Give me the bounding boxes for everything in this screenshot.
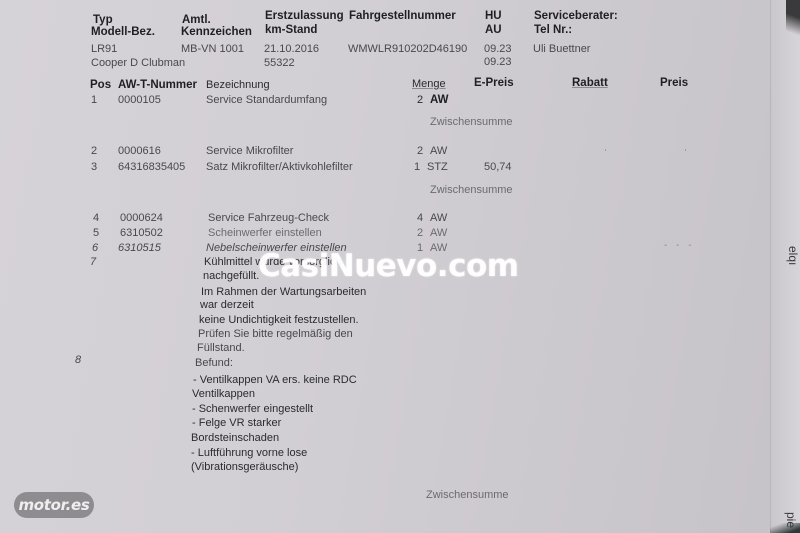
note-line: keine Undichtigkeit festzustellen.: [199, 314, 359, 327]
margin-text-2: pie: [784, 512, 798, 528]
motor-es-logo: motor.es: [14, 492, 94, 518]
value-typ: LR91: [91, 43, 117, 56]
row-epreis: 50,74: [484, 161, 512, 174]
dotted-mark: - - -: [664, 240, 695, 251]
row-bezeichnung: Satz Mikrofilter/Aktivkohlefilter: [206, 161, 353, 174]
preis-mark: ʿ: [684, 147, 687, 160]
col-bezeichnung: Bezeichnung: [206, 79, 270, 92]
row-einheit: AW: [430, 94, 449, 107]
row-nummer: 0000616: [118, 145, 161, 158]
row-nummer: 6310515: [118, 242, 161, 255]
header-telnr-label: Tel Nr.:: [534, 24, 572, 37]
header-fahrgestell-label: Fahrgestellnummer: [349, 10, 456, 23]
row-menge: 2: [417, 227, 423, 240]
row-menge: 2: [417, 94, 423, 107]
note-line: war derzeit: [200, 299, 254, 312]
value-kennzeichen: MB-VN 1001: [181, 43, 244, 56]
header-au-label: AU: [485, 24, 502, 37]
note-line: Füllstand.: [197, 342, 245, 355]
note-line: - Schenwerfer eingestellt: [192, 403, 313, 416]
note-line: Im Rahmen der Wartungsarbeiten: [201, 286, 366, 299]
col-preis: Preis: [660, 77, 688, 90]
margin-text-1: elqı: [786, 246, 800, 265]
note-line: - Ventilkappen VA ers. keine RDC: [193, 374, 357, 387]
row-pos: 5: [93, 227, 99, 240]
note-line: Prüfen Sie bitte regelmäßig den: [198, 328, 353, 341]
col-epreis: E-Preis: [474, 77, 514, 90]
row-nummer: 0000105: [118, 94, 161, 107]
row-pos: 1: [91, 94, 97, 107]
note-line: (Vibrationsgeräusche): [191, 461, 298, 474]
row-pos: 3: [91, 161, 97, 174]
row-menge: 4: [417, 212, 423, 225]
row-einheit: AW: [430, 227, 447, 240]
header-kmstand-label: km-Stand: [265, 24, 317, 37]
value-au: 09.23: [484, 56, 512, 69]
row-bezeichnung: Service Mikrofilter: [206, 145, 293, 158]
value-serviceberater: Uli Buettner: [533, 43, 590, 56]
subtotal-3: Zwischensumme: [426, 489, 509, 502]
header-modell-label: Modell-Bez.: [91, 26, 155, 39]
paper-edge: [770, 0, 800, 533]
value-fahrgestellnummer: WMWLR910202D46190: [348, 43, 467, 56]
note-line: Befund:: [195, 357, 233, 370]
header-serviceberater-label: Serviceberater:: [534, 10, 618, 23]
row-bezeichnung: Service Fahrzeug-Check: [208, 212, 329, 225]
value-kmstand: 55322: [264, 57, 295, 70]
row-bezeichnung: Service Standardumfang: [206, 94, 327, 107]
rabatt-mark: ʿ: [604, 147, 607, 160]
row-bezeichnung: Scheinwerfer einstellen: [208, 227, 322, 240]
subtotal-2: Zwischensumme: [430, 184, 513, 197]
value-erstzulassung: 21.10.2016: [264, 43, 319, 56]
header-kennzeichen-label: Kennzeichen: [181, 26, 252, 39]
col-pos: Pos: [90, 79, 111, 92]
row-nummer: 64316835405: [118, 161, 185, 174]
invoice-sheet: Typ Modell-Bez. Amtl. Kennzeichen Erstzu…: [0, 0, 800, 533]
col-awt-nummer: AW-T-Nummer: [118, 79, 197, 92]
note-line: - Felge VR starker: [192, 417, 281, 430]
note-line: Ventilkappen: [192, 388, 255, 401]
note-line: nachgefüllt.: [203, 270, 259, 283]
row-pos: 6: [92, 242, 98, 255]
background-corner: [786, 0, 800, 40]
header-hu-label: HU: [485, 10, 502, 23]
value-modell: Cooper D Clubman: [91, 57, 185, 70]
row-pos-7: 7: [90, 256, 96, 269]
row-einheit: STZ: [427, 161, 448, 174]
note-line: Bordsteinschaden: [191, 432, 279, 445]
casinuevo-watermark: CasiNuevo.com: [258, 248, 519, 284]
row-nummer: 0000624: [120, 212, 163, 225]
row-einheit: AW: [430, 212, 447, 225]
motor-es-logo-text: motor.es: [18, 496, 89, 514]
subtotal-1: Zwischensumme: [430, 116, 513, 129]
row-einheit: AW: [430, 145, 447, 158]
note-line: - Luftführung vorne lose: [191, 447, 307, 460]
row-pos-8: 8: [75, 354, 81, 367]
col-rabatt: Rabatt: [572, 77, 608, 90]
header-erstzulassung-label: Erstzulassung: [265, 10, 344, 23]
value-hu: 09.23: [484, 43, 512, 56]
col-menge: Menge: [412, 78, 446, 91]
row-nummer: 6310502: [120, 227, 163, 240]
row-pos: 4: [93, 212, 99, 225]
row-menge: 1: [414, 161, 420, 174]
row-menge: 2: [417, 145, 423, 158]
row-pos: 2: [91, 145, 97, 158]
